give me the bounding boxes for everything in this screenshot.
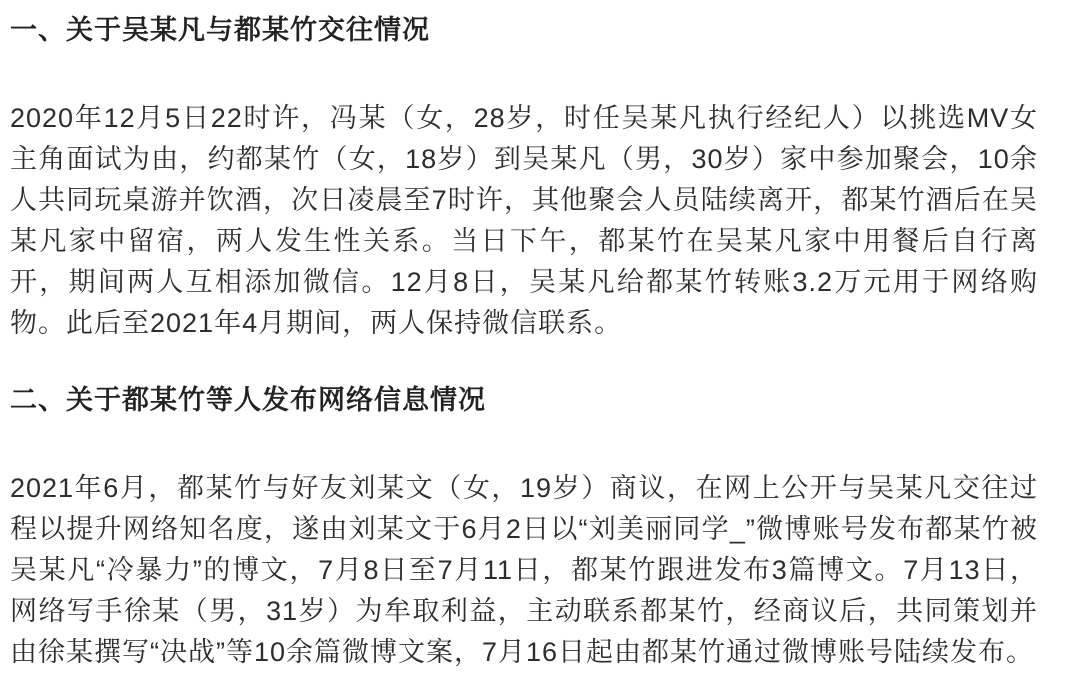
- section-2-heading: 二、关于都某竹等人发布网络信息情况: [10, 382, 1038, 418]
- section-2-paragraph: 2021年6月，都某竹与好友刘某文（女，19岁）商议，在网上公开与吴某凡交往过程…: [10, 468, 1038, 673]
- section-1-heading: 一、关于吴某凡与都某竹交往情况: [10, 12, 1038, 48]
- section-1-paragraph: 2020年12月5日22时许，冯某（女，28岁，时任吴某凡执行经纪人）以挑选MV…: [10, 98, 1038, 344]
- document-body: 一、关于吴某凡与都某竹交往情况 2020年12月5日22时许，冯某（女，28岁，…: [0, 0, 1080, 673]
